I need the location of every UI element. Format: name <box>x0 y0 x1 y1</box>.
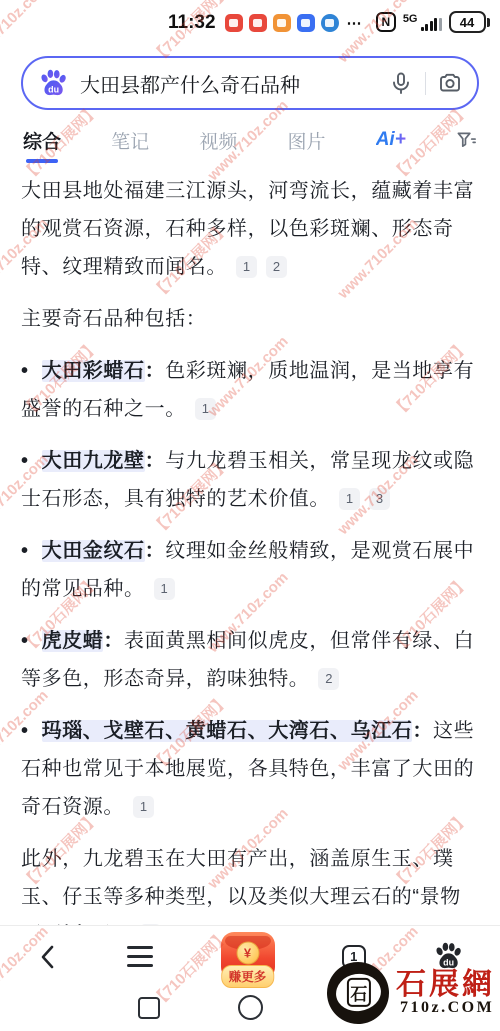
earn-more-label: 赚更多 <box>221 965 275 988</box>
stone-seal-character: 石 <box>346 978 370 1007</box>
stone-term: 虎皮蜡 <box>42 630 104 652</box>
back-chevron-icon <box>36 943 60 971</box>
citation-badge[interactable]: 1 <box>236 256 257 278</box>
status-bar: 11:32 ⋯ N 5G 44 <box>0 0 500 48</box>
battery-level: 44 <box>449 11 486 33</box>
search-query-text[interactable]: 大田县都产什么奇石品种 <box>80 69 389 98</box>
app-glyph <box>229 19 238 27</box>
term-colon: ： <box>145 360 166 382</box>
tab-ai-plus[interactable]: Ai+ <box>376 129 406 151</box>
svg-text:du: du <box>48 84 59 94</box>
signal-bars-icon <box>421 18 442 31</box>
ink-ring-icon: 石 <box>323 958 393 1028</box>
tab-videos[interactable]: 视频 <box>199 127 237 154</box>
citation-badge[interactable]: 2 <box>318 668 339 690</box>
ai-answer-content: 大田县地处福建三江源头，河弯流长，蕴藏着丰富的观赏石资源，石种多样，以色彩斑斓、… <box>0 162 500 954</box>
battery-indicator: 44 <box>449 11 491 33</box>
notification-app-icon-3 <box>273 14 291 32</box>
site-domain: 710z.COM <box>400 1000 494 1017</box>
nfc-icon: N <box>376 12 396 32</box>
citation-badge[interactable]: 2 <box>266 256 287 278</box>
citation-badge[interactable]: 1 <box>195 398 216 420</box>
recents-button[interactable] <box>138 997 160 1019</box>
term-colon: ： <box>412 720 433 742</box>
term-colon: ： <box>145 450 166 472</box>
bullet-item-other-stones: 玛瑙、戈壁石、黄蜡石、大湾石、乌江石：这些石种也常见于本地展览，各具特色，丰富了… <box>21 712 479 826</box>
citation-badge[interactable]: 1 <box>339 488 360 510</box>
bullet-item-jinwen-stone: 大田金纹石：纹理如金丝般精致，是观赏石展中的常见品种。1 <box>21 532 479 608</box>
tab-comprehensive[interactable]: 综合 <box>23 127 61 154</box>
bullet-item-jiulongbi: 大田九龙壁：与九龙碧玉相关，常呈现龙纹或隐士石形态，具有独特的艺术价值。13 <box>21 442 479 518</box>
site-name: 石展網 <box>396 969 495 1001</box>
notification-app-icon-1 <box>225 14 243 32</box>
stone-term: 大田金纹石 <box>42 540 145 562</box>
result-tabs: 综合 笔记 视频 图片 Ai+ <box>0 116 500 162</box>
citation-badge[interactable]: 3 <box>369 488 390 510</box>
clock: 11:32 <box>168 12 216 34</box>
bullet-item-hupila: 虎皮蜡：表面黄黑相间似虎皮，但常伴有绿、白等多色，形态奇异，韵味独特。2 <box>21 622 479 698</box>
citation-badge[interactable]: 1 <box>133 796 154 818</box>
phone-screen: 11:32 ⋯ N 5G 44 <box>0 0 500 1031</box>
notification-app-icon-4 <box>297 14 315 32</box>
coin-icon: ¥ <box>236 941 259 964</box>
signal-indicator: 5G <box>403 14 442 31</box>
site-logo: 石 石展網 710z.COM <box>327 962 495 1024</box>
app-glyph <box>253 19 262 27</box>
notification-app-icon-2 <box>249 14 267 32</box>
search-bar-container: du 大田县都产什么奇石品种 <box>0 48 500 116</box>
more-notifications-icon: ⋯ <box>347 14 363 32</box>
home-button[interactable] <box>238 995 263 1020</box>
search-bar[interactable]: du 大田县都产什么奇石品种 <box>21 56 479 110</box>
notification-app-icon-5 <box>321 14 339 32</box>
intro-paragraph: 大田县地处福建三江源头，河弯流长，蕴藏着丰富的观赏石资源，石种多样，以色彩斑斓、… <box>21 172 479 286</box>
battery-nub <box>487 18 490 27</box>
stone-term: 大田彩蜡石 <box>42 360 145 382</box>
section-title: 主要奇石品种包括： <box>21 300 479 338</box>
term-colon: ： <box>103 630 124 652</box>
filter-icon[interactable] <box>456 130 477 151</box>
baidu-logo-icon: du <box>38 68 69 99</box>
term-colon: ： <box>145 540 166 562</box>
back-button[interactable] <box>36 943 60 971</box>
bullet-item-caila-stone: 大田彩蜡石：色彩斑斓，质地温润，是当地享有盛誉的石种之一。1 <box>21 352 479 428</box>
microphone-icon[interactable] <box>389 71 413 95</box>
citation-badge[interactable]: 1 <box>154 578 175 600</box>
app-glyph <box>301 19 310 27</box>
red-envelope-button[interactable]: ¥ 赚更多 <box>221 932 275 980</box>
stone-term: 大田九龙壁 <box>42 450 145 472</box>
camera-icon[interactable] <box>438 71 462 95</box>
tab-notes[interactable]: 笔记 <box>111 127 149 154</box>
menu-button[interactable] <box>127 946 153 967</box>
tab-images[interactable]: 图片 <box>288 127 326 154</box>
app-glyph <box>277 19 286 27</box>
stone-term: 玛瑙、戈壁石、黄蜡石、大湾石、乌江石 <box>42 720 413 742</box>
app-glyph <box>325 19 334 27</box>
network-type-label: 5G <box>403 14 418 25</box>
search-divider <box>425 72 427 95</box>
